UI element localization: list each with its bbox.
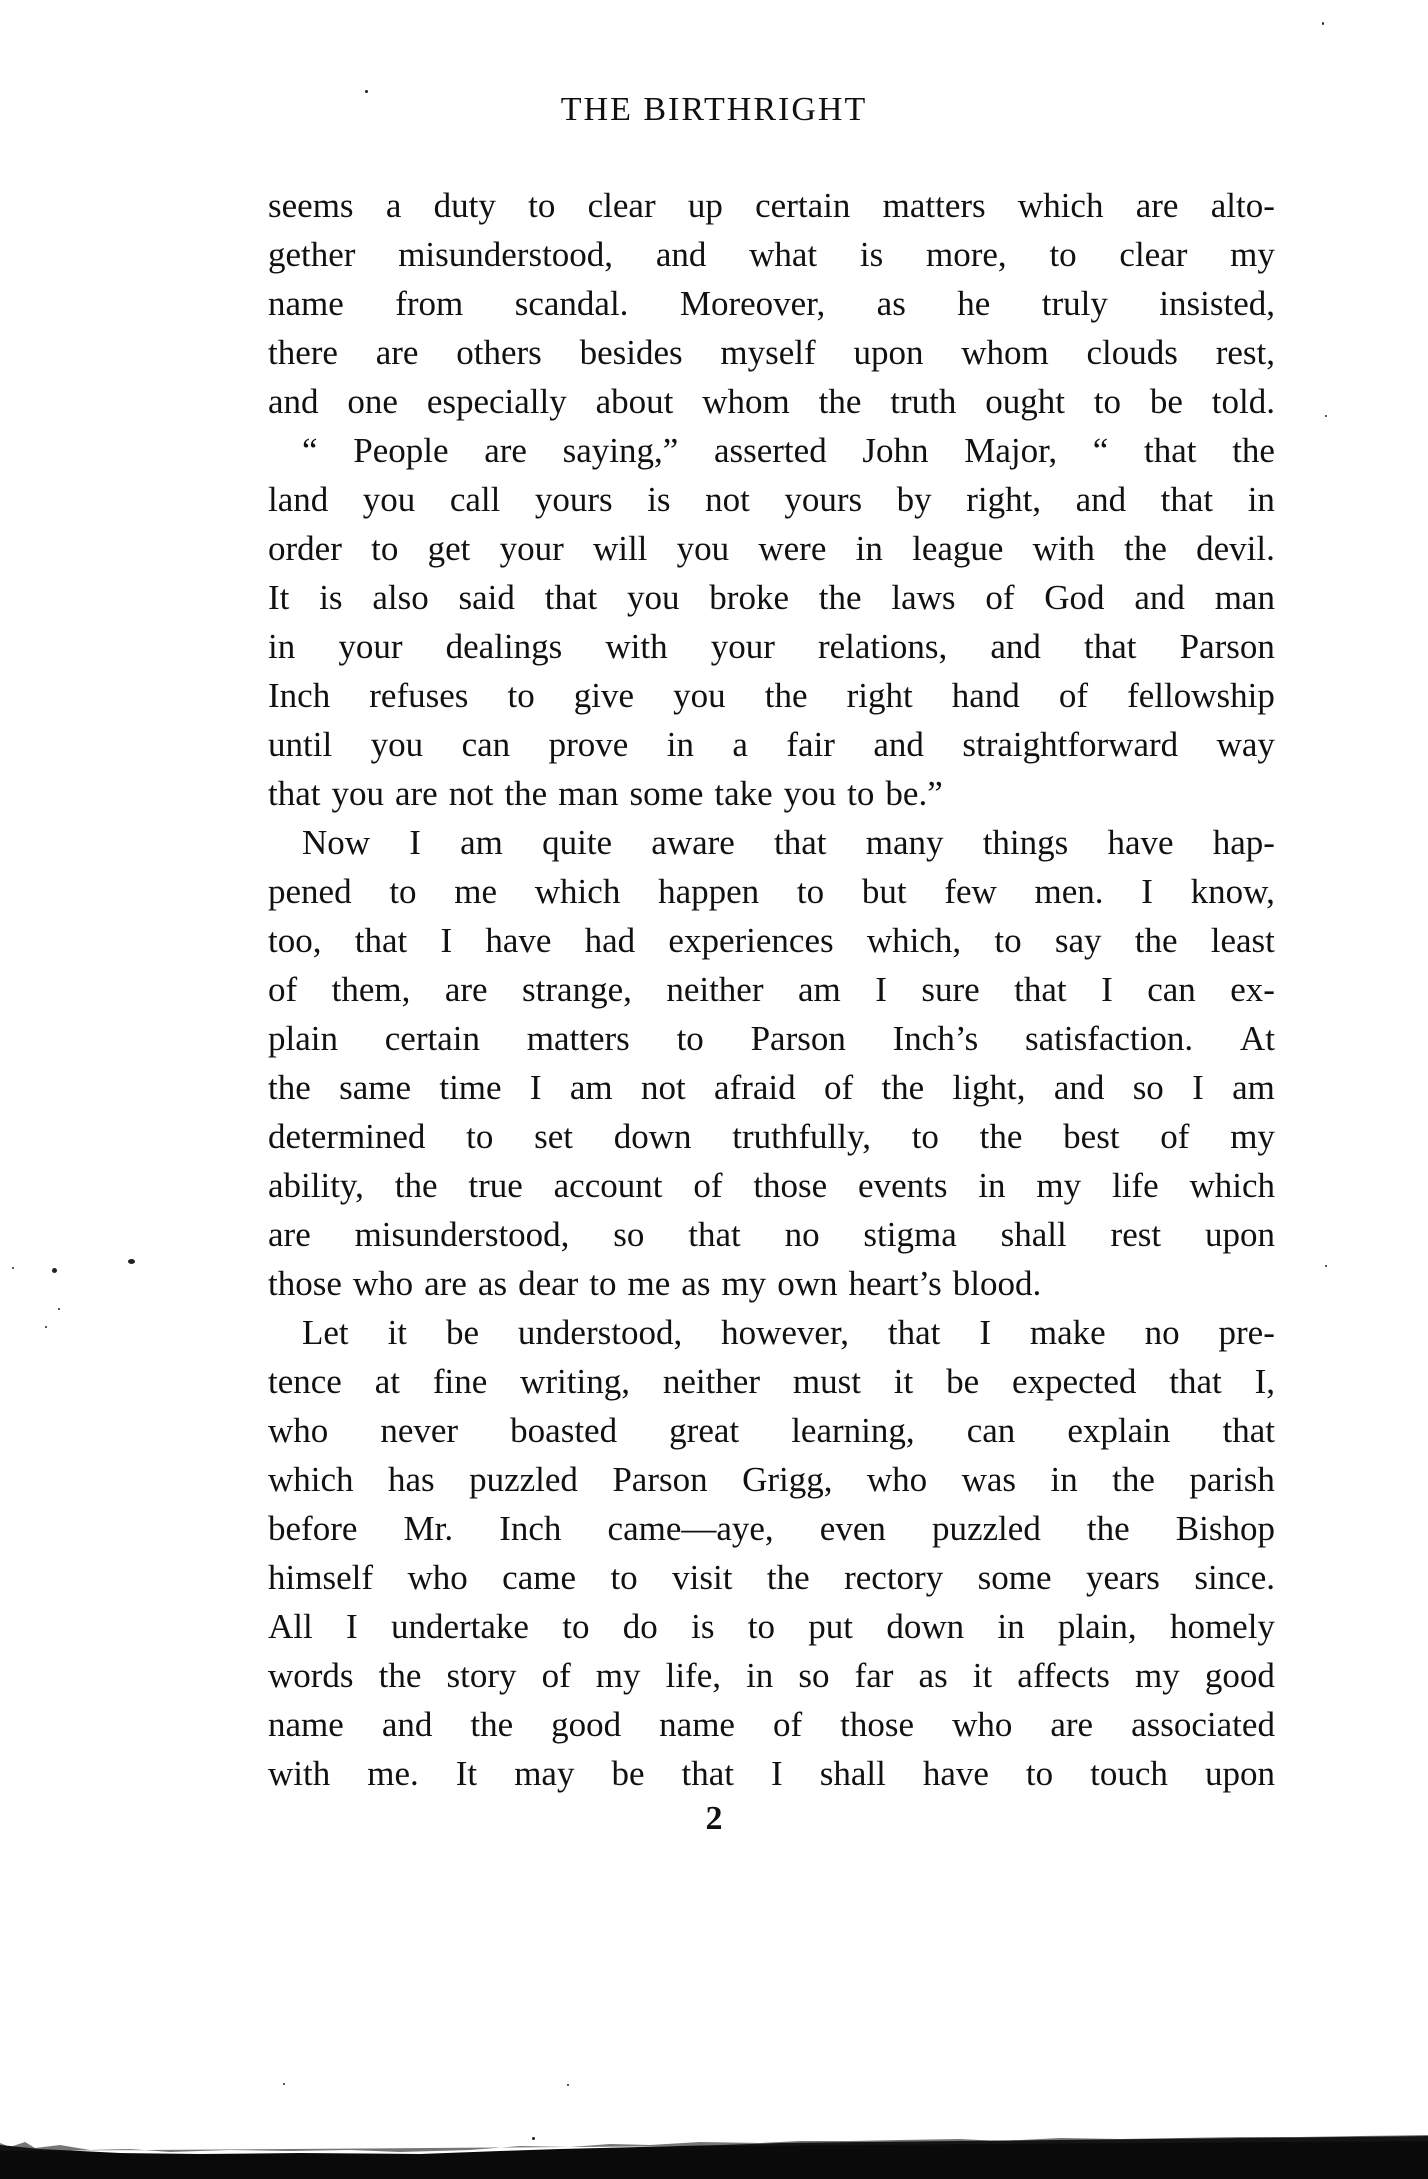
page-number: 2 <box>0 1800 1428 1838</box>
text-line: landyoucallyoursisnotyoursbyright,andtha… <box>268 475 1275 524</box>
text-line: AllIundertaketodoistoputdowninplain,home… <box>268 1602 1275 1651</box>
scan-speck <box>128 1259 135 1264</box>
text-line: ItisalsosaidthatyoubrokethelawsofGodandm… <box>268 573 1275 622</box>
text-line: thereareothersbesidesmyselfuponwhomcloud… <box>268 328 1275 377</box>
text-line: Inchrefusestogiveyoutherighthandoffellow… <box>268 671 1275 720</box>
scan-speck <box>1325 415 1327 417</box>
text-line: plaincertainmatterstoParsonInch’ssatisfa… <box>268 1014 1275 1063</box>
scan-speck <box>283 2083 285 2085</box>
text-line: untilyoucanproveinafairandstraightforwar… <box>268 720 1275 769</box>
text-line: wordsthestoryofmylife,insofarasitaffects… <box>268 1651 1275 1700</box>
text-line: thosewhoareasdeartomeasmyownheart’sblood… <box>268 1259 1275 1308</box>
text-line: inyourdealingswithyourrelations,andthatP… <box>268 622 1275 671</box>
text-line: aremisunderstood,sothatnostigmashallrest… <box>268 1210 1275 1259</box>
text-line: Letitbeunderstood,however,thatImakenopre… <box>268 1308 1275 1357</box>
text-line: himselfwhocametovisittherectorysomeyears… <box>268 1553 1275 1602</box>
text-line: penedtomewhichhappentobutfewmen.Iknow, <box>268 867 1275 916</box>
text-line: tenceatfinewriting,neithermustitbeexpect… <box>268 1357 1275 1406</box>
scan-speck <box>45 1326 47 1328</box>
scan-bottom-edge <box>0 2135 1428 2179</box>
text-line: whoneverboastedgreatlearning,canexplaint… <box>268 1406 1275 1455</box>
text-line: ordertogetyourwillyouwereinleaguewiththe… <box>268 524 1275 573</box>
text-line: thatyouarenotthemansometakeyoutobe.” <box>268 769 1275 818</box>
running-header: THE BIRTHRIGHT <box>0 88 1428 132</box>
text-line: nameandthegoodnameofthosewhoareassociate… <box>268 1700 1275 1749</box>
text-line: withme.ItmaybethatIshallhavetotouchupon <box>268 1749 1275 1798</box>
text-line: “Peoplearesaying,”assertedJohnMajor,“tha… <box>268 426 1275 475</box>
scan-speck <box>567 2084 569 2086</box>
scan-speck <box>1325 1265 1327 1267</box>
text-line: seemsadutytoclearupcertainmatterswhichar… <box>268 181 1275 230</box>
text-line: beforeMr.Inchcame—aye,evenpuzzledtheBish… <box>268 1504 1275 1553</box>
text-line: namefromscandal.Moreover,ashetrulyinsist… <box>268 279 1275 328</box>
scan-speck <box>1322 22 1324 25</box>
scan-speck <box>12 1267 14 1269</box>
text-line: ofthem,arestrange,neitheramIsurethatIcan… <box>268 965 1275 1014</box>
scan-speck <box>58 1308 60 1310</box>
scan-speck <box>52 1268 57 1273</box>
text-line: NowIamquiteawarethatmanythingshavehap- <box>268 818 1275 867</box>
text-line: too,thatIhavehadexperienceswhich,tosayth… <box>268 916 1275 965</box>
text-line: gethermisunderstood,andwhatismore,toclea… <box>268 230 1275 279</box>
text-line: whichhaspuzzledParsonGrigg,whowasinthepa… <box>268 1455 1275 1504</box>
body-text: seemsadutytoclearupcertainmatterswhichar… <box>268 181 1275 1798</box>
text-line: andoneespeciallyaboutwhomthetruthoughtto… <box>268 377 1275 426</box>
scan-speck <box>365 90 368 93</box>
text-line: determinedtosetdowntruthfully,tothebesto… <box>268 1112 1275 1161</box>
text-line: thesametimeIamnotafraidofthelight,andsoI… <box>268 1063 1275 1112</box>
text-line: ability,thetrueaccountofthoseeventsinmyl… <box>268 1161 1275 1210</box>
